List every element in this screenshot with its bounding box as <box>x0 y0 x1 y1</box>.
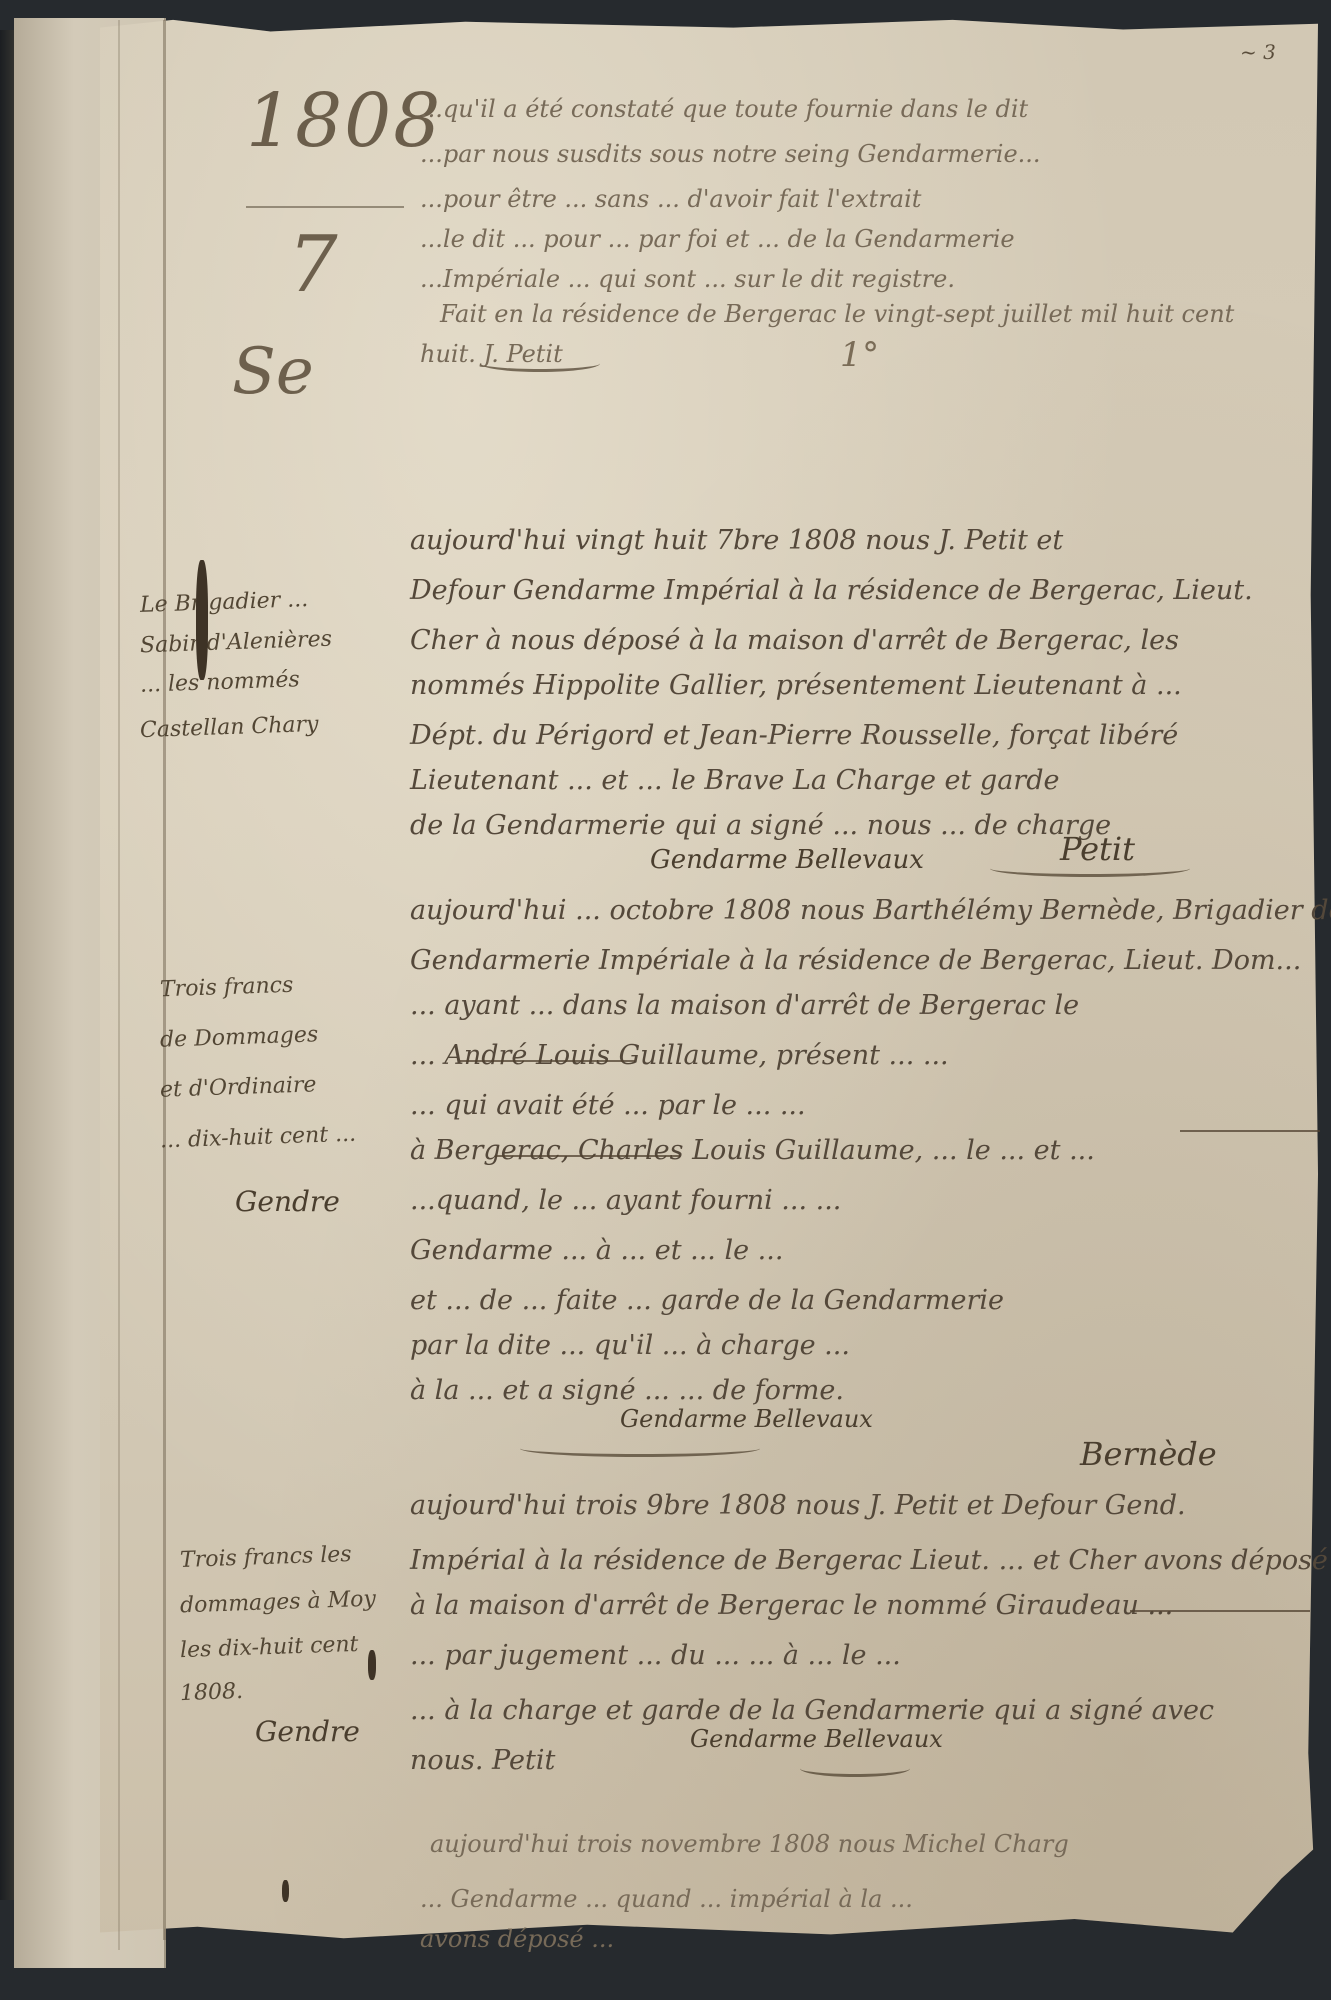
name-underline <box>460 1060 635 1062</box>
signature-flourish <box>800 1760 910 1777</box>
signature: Gendarme Bellevaux <box>620 1405 873 1433</box>
header-line: ...par nous susdits sous notre seing Gen… <box>420 140 1041 168</box>
entry-line: ... qui avait été ... par le ... ... <box>410 1090 806 1121</box>
header-mark: 1° <box>840 335 880 375</box>
signature-flourish <box>480 355 600 372</box>
ink-blot <box>196 560 208 680</box>
entry-line: ... par jugement ... du ... ... à ... le… <box>410 1640 901 1671</box>
header-line: ...pour être ... sans ... d'avoir fait l… <box>420 185 921 213</box>
name-underline <box>1130 1610 1310 1612</box>
entry-line: de la Gendarmerie qui a signé ... nous .… <box>410 810 1111 841</box>
margin-note: 1808. <box>180 1679 244 1706</box>
header-line: Fait en la résidence de Bergerac le ving… <box>440 300 1234 328</box>
signature-flourish <box>990 860 1190 877</box>
entry-line: aujourd'hui ... octobre 1808 nous Barthé… <box>410 895 1331 926</box>
entry-line: nommés Hippolite Gallier, présentement L… <box>410 670 1182 701</box>
entry-line: nous. Petit <box>410 1745 555 1776</box>
entry-line: ... André Louis Guillaume, présent ... .… <box>410 1040 949 1071</box>
year-heading: 1808 <box>246 78 442 164</box>
entry-line: ... ayant ... dans la maison d'arrêt de … <box>410 990 1079 1021</box>
entry-line: Impérial à la résidence de Bergerac Lieu… <box>410 1545 1328 1576</box>
header-line: ...le dit ... pour ... par foi et ... de… <box>420 225 1015 253</box>
entry-line: et ... de ... faite ... garde de la Gend… <box>410 1285 1004 1316</box>
entry-line: Dépt. du Périgord et Jean-Pierre Roussel… <box>410 720 1178 751</box>
entry-line: par la dite ... qu'il ... à charge ... <box>410 1330 850 1361</box>
ink-blot <box>282 1880 289 1902</box>
entry-line: Gendarme ... à ... et ... le ... <box>410 1235 783 1266</box>
signature-flourish <box>520 1440 760 1457</box>
entry-line: aujourd'hui vingt huit 7bre 1808 nous J.… <box>410 525 1063 556</box>
entry-line: à la maison d'arrêt de Bergerac le nommé… <box>410 1590 1173 1621</box>
folio-mark: Se <box>232 335 314 409</box>
entry-line: aujourd'hui trois novembre 1808 nous Mic… <box>430 1830 1069 1858</box>
name-underline <box>495 1155 680 1157</box>
entry-line: Defour Gendarme Impérial à la résidence … <box>410 575 1253 606</box>
entry-line: à Bergerac, Charles Louis Guillaume, ...… <box>410 1135 1095 1166</box>
entry-line: ...quand, le ... ayant fourni ... ... <box>410 1185 841 1216</box>
entry-line: ... à la charge et garde de la Gendarmer… <box>410 1695 1214 1726</box>
name-underline <box>1180 1130 1320 1132</box>
entry-line: à la ... et a signé ... ... de forme. <box>410 1375 844 1406</box>
signature: Bernède <box>1080 1435 1217 1473</box>
entry-line: aujourd'hui trois 9bre 1808 nous J. Peti… <box>410 1490 1186 1521</box>
margin-note: Trois francs <box>160 973 294 1003</box>
entry-line: Lieutenant ... et ... le Brave La Charge… <box>410 765 1059 796</box>
margin-signature: Gendre <box>255 1715 360 1748</box>
year-underline <box>246 206 404 208</box>
margin-signature: Gendre <box>235 1185 340 1218</box>
fold-line <box>118 20 120 1950</box>
entry-line: Gendarmerie Impériale à la résidence de … <box>410 945 1301 976</box>
corner-mark: ~ 3 <box>1240 40 1276 64</box>
document-scan: 1808 7 Se ~ 3 ...qu'il a été constaté qu… <box>0 0 1331 2000</box>
entry-line: ... Gendarme ... quand ... impérial à la… <box>420 1885 913 1913</box>
signature: Gendarme Bellevaux <box>650 845 924 875</box>
header-line: ...Impériale ... qui sont ... sur le dit… <box>420 265 955 293</box>
entry-line: avons déposé ... <box>420 1925 614 1953</box>
entry-line: Cher à nous déposé à la maison d'arrêt d… <box>410 625 1179 656</box>
ink-blot <box>368 1650 376 1680</box>
folio-number: 7 <box>288 220 338 310</box>
header-line: ...qu'il a été constaté que toute fourni… <box>420 95 1028 123</box>
signature: Gendarme Bellevaux <box>690 1725 943 1753</box>
